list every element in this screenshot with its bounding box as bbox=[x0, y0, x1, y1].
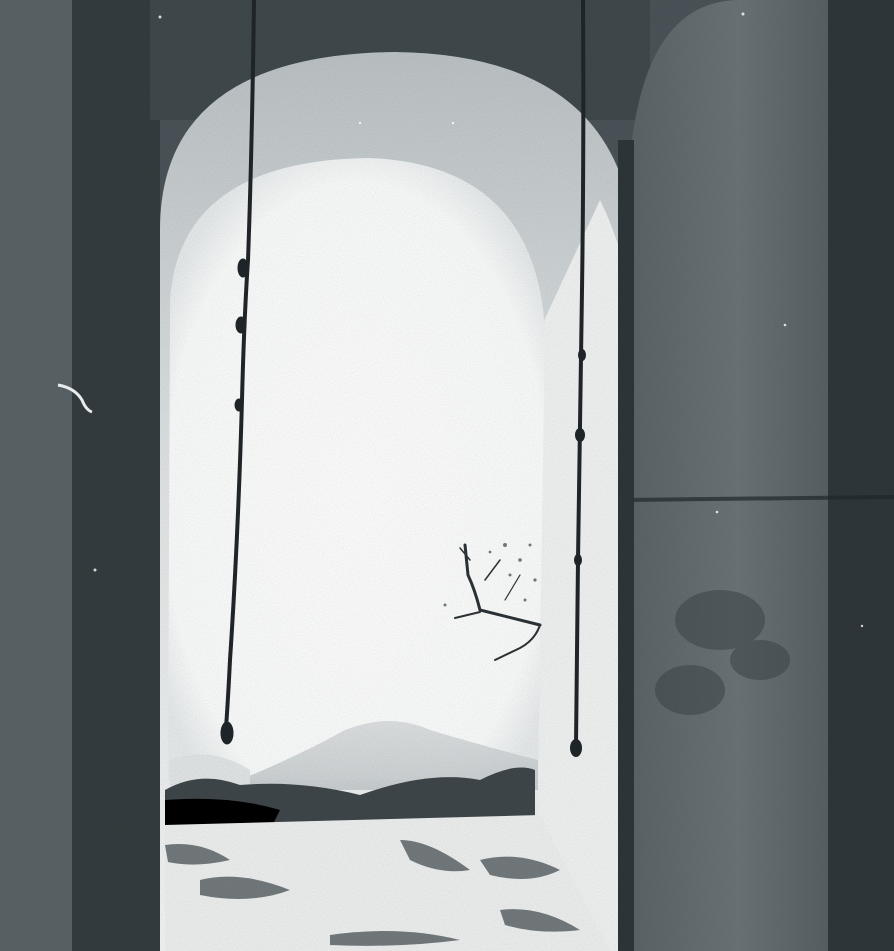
right-wall-pillar bbox=[630, 0, 845, 951]
left-jamb-shadow bbox=[72, 0, 160, 951]
right-wall-recess bbox=[828, 0, 894, 951]
sky-opening bbox=[168, 158, 545, 780]
left-wall-pillar bbox=[0, 0, 75, 951]
archway-photograph bbox=[0, 0, 894, 951]
